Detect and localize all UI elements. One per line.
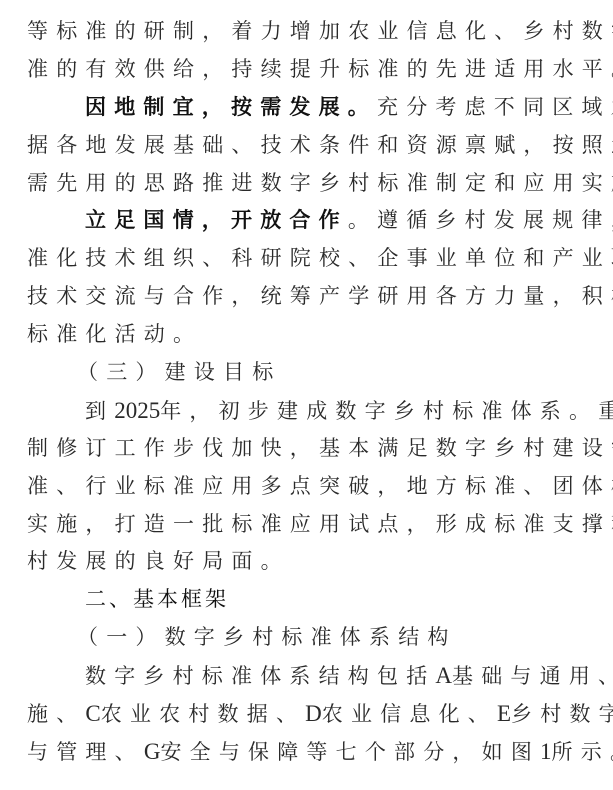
paragraph-text: 准、行业标准应用多点突破，地方标准、团体标准研究同步: [27, 474, 613, 498]
text-line: 施、C农业农村数据、D农业信息化、E乡村数字化、F建设: [27, 695, 602, 733]
paragraph-text: 数字乡村标准体系结构包括: [85, 664, 435, 688]
document-page: 等标准的研制，着力增加农业信息化、乡村数字化等应用标 准的有效供给，持续提升标准…: [27, 13, 602, 771]
paragraph-text: 需先用的思路推进数字乡村标准制定和应用实施。: [27, 171, 613, 195]
paragraph-text: 制修订工作步伐加快，基本满足数字乡村建设需求，国家标: [27, 436, 613, 460]
paragraph-text: 标准化活动。: [27, 322, 202, 346]
paragraph-text: 村发展的良好局面。: [27, 549, 290, 573]
paragraph-text: 充分考虑不同区域发展需求，根: [377, 95, 613, 119]
text-line: 技术交流与合作，统筹产学研用各方力量，积极参与国内外: [27, 278, 602, 316]
paragraph-text: 农业农村数据、: [101, 702, 305, 726]
text-line: 到2025年，初步建成数字乡村标准体系。重点领域标准: [27, 392, 602, 430]
paragraph-text: 乡村数字化、: [511, 702, 613, 726]
paragraph-text: 。遵循乡村发展规律，鼓励国内标: [348, 208, 613, 232]
text-line: 与管理、G安全与保障等七个部分，如图1所示。: [27, 733, 602, 771]
paragraph-text: 到: [85, 399, 114, 423]
paragraph-text: 准化技术组织、科研院校、企事业单位和产业联盟加强标准: [27, 246, 613, 270]
paragraph-text: 技术交流与合作，统筹产学研用各方力量，积极参与国内外: [27, 284, 613, 308]
category-letter: C: [85, 701, 100, 726]
text-line: 准的有效供给，持续提升标准的先进适用水平。: [27, 51, 602, 89]
paragraph-text: 基础与通用、: [452, 664, 613, 688]
text-line: 制修订工作步伐加快，基本满足数字乡村建设需求，国家标: [27, 430, 602, 468]
paragraph-text: 据各地发展基础、技术条件和资源禀赋，按照急用先行、急: [27, 133, 613, 157]
category-letter: E: [497, 701, 511, 726]
category-letter: D: [305, 701, 322, 726]
paragraph-text: 准的有效供给，持续提升标准的先进适用水平。: [27, 57, 613, 81]
paragraph-text: 所示。: [552, 740, 613, 764]
figure-number: 1: [540, 739, 552, 764]
paragraph-text: 年，初步建成数字乡村标准体系。重点领域标准: [160, 399, 613, 423]
paragraph-text: 实施，打造一批标准应用试点，形成标准支撑和引领数字乡: [27, 512, 613, 536]
section-heading-framework: 二、基本框架: [27, 581, 602, 619]
heading-text: （三）建设目标: [77, 360, 281, 384]
year-number: 2025: [114, 398, 160, 423]
paragraph-text: 等标准的研制，着力增加农业信息化、乡村数字化等应用标: [27, 19, 613, 43]
paragraph-text: 施、: [27, 702, 85, 726]
section-heading-goals: （三）建设目标: [27, 354, 602, 392]
text-line: 数字乡村标准体系结构包括A基础与通用、B数字基础设: [27, 657, 602, 695]
category-letter: G: [144, 739, 161, 764]
text-line: 立足国情，开放合作。遵循乡村发展规律，鼓励国内标: [27, 202, 602, 240]
text-line: 因地制宜，按需发展。充分考虑不同区域发展需求，根: [27, 89, 602, 127]
text-line: 准、行业标准应用多点突破，地方标准、团体标准研究同步: [27, 468, 602, 506]
text-line: 实施，打造一批标准应用试点，形成标准支撑和引领数字乡: [27, 506, 602, 544]
text-line: 据各地发展基础、技术条件和资源禀赋，按照急用先行、急: [27, 127, 602, 165]
text-line: 需先用的思路推进数字乡村标准制定和应用实施。: [27, 165, 602, 203]
text-line: 等标准的研制，着力增加农业信息化、乡村数字化等应用标: [27, 13, 602, 51]
text-line: 准化技术组织、科研院校、企事业单位和产业联盟加强标准: [27, 240, 602, 278]
heading-text: （一）数字乡村标准体系结构: [77, 625, 457, 649]
principle-title: 立足国情，开放合作: [85, 208, 348, 232]
paragraph-text: 与管理、: [27, 740, 144, 764]
text-line: 标准化活动。: [27, 316, 602, 354]
subsection-heading-structure: （一）数字乡村标准体系结构: [27, 619, 602, 657]
principle-title: 因地制宜，按需发展。: [85, 95, 377, 119]
heading-text: 二、基本框架: [85, 587, 229, 611]
category-letter: A: [435, 663, 452, 688]
paragraph-text: 农业信息化、: [322, 702, 497, 726]
text-line: 村发展的良好局面。: [27, 543, 602, 581]
paragraph-text: 安全与保障等七个部分，如图: [160, 740, 540, 764]
